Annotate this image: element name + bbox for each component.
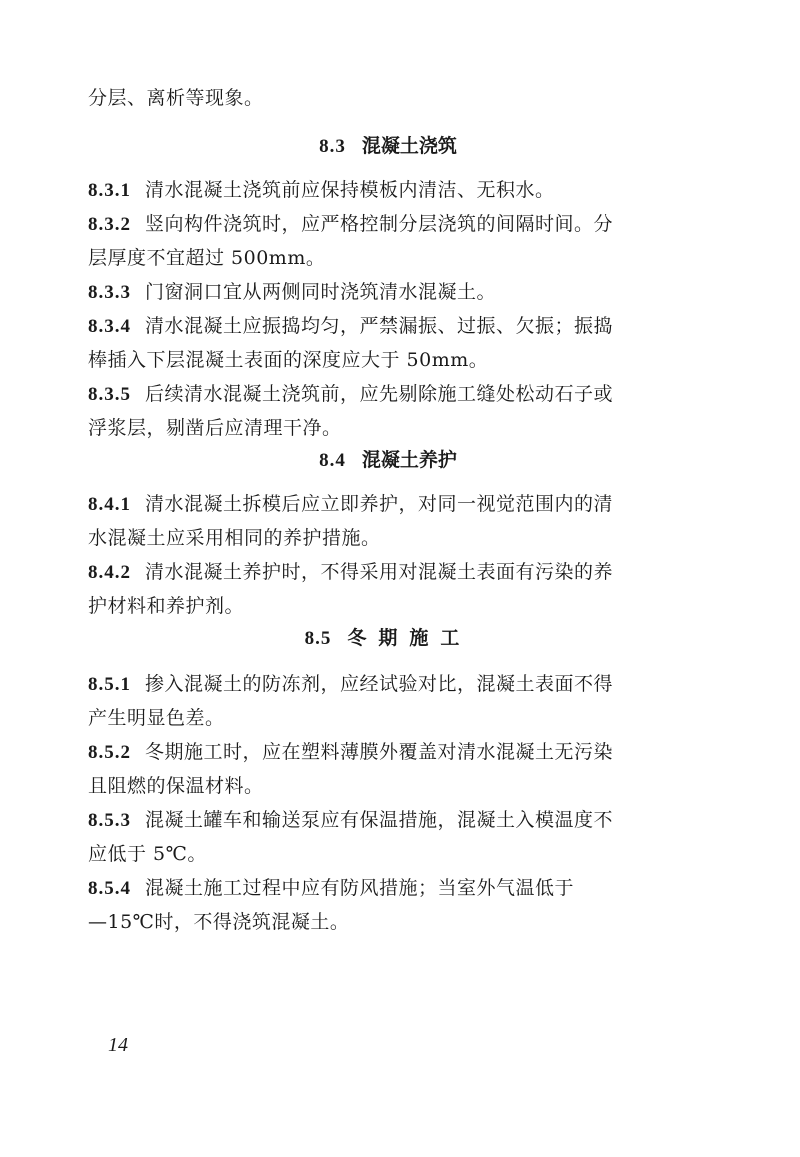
clause-8-3-5-cont: 浮浆层，剔凿后应清理干净。 bbox=[88, 416, 342, 440]
section-heading-8-4: 8.4混凝土养护 bbox=[88, 448, 688, 473]
clause-8-5-2-cont: 且阻燃的保温材料。 bbox=[88, 774, 264, 798]
continuation-text: 分层、离析等现象。 bbox=[88, 86, 264, 110]
clause-8-3-2-cont: 层厚度不宜超过 500mm。 bbox=[88, 246, 325, 270]
clause-8-3-4-cont: 棒插入下层混凝土表面的深度应大于 50mm。 bbox=[88, 348, 488, 372]
section-number: 8.5 bbox=[305, 628, 332, 649]
clause-8-3-1: 8.3.1清水混凝土浇筑前应保持模板内清洁、无积水。 bbox=[88, 178, 555, 203]
clause-8-4-2-cont: 护材料和养护剂。 bbox=[88, 594, 244, 618]
clause-8-5-4: 8.5.4混凝土施工过程中应有防风措施；当室外气温低于 bbox=[88, 876, 574, 901]
section-title: 冬期施工 bbox=[347, 627, 471, 649]
page-number: 14 bbox=[108, 1034, 128, 1057]
section-number: 8.3 bbox=[319, 136, 346, 157]
section-title: 混凝土养护 bbox=[362, 449, 457, 471]
clause-8-3-5: 8.3.5后续清水混凝土浇筑前，应先剔除施工缝处松动石子或 bbox=[88, 382, 613, 407]
section-title: 混凝土浇筑 bbox=[362, 135, 457, 157]
clause-8-4-1-cont: 水混凝土应采用相同的养护措施。 bbox=[88, 526, 381, 550]
clause-8-3-3: 8.3.3门窗洞口宜从两侧同时浇筑清水混凝土。 bbox=[88, 280, 496, 305]
clause-8-4-2: 8.4.2清水混凝土养护时，不得采用对混凝土表面有污染的养 bbox=[88, 560, 613, 585]
section-heading-8-5: 8.5冬期施工 bbox=[88, 626, 688, 651]
clause-8-5-4-cont: —15℃时，不得浇筑混凝土。 bbox=[88, 910, 349, 934]
clause-8-5-3: 8.5.3混凝土罐车和输送泵应有保温措施，混凝土入模温度不 bbox=[88, 808, 613, 833]
clause-8-5-1: 8.5.1掺入混凝土的防冻剂，应经试验对比，混凝土表面不得 bbox=[88, 672, 613, 697]
clause-8-4-1: 8.4.1清水混凝土拆模后应立即养护，对同一视觉范围内的清 bbox=[88, 492, 613, 517]
clause-8-5-3-cont: 应低于 5℃。 bbox=[88, 842, 207, 866]
clause-8-5-1-cont: 产生明显色差。 bbox=[88, 706, 225, 730]
clause-8-5-2: 8.5.2冬期施工时，应在塑料薄膜外覆盖对清水混凝土无污染 bbox=[88, 740, 613, 765]
clause-8-3-4: 8.3.4清水混凝土应振捣均匀，严禁漏振、过振、欠振；振捣 bbox=[88, 314, 613, 339]
clause-8-3-2: 8.3.2竖向构件浇筑时，应严格控制分层浇筑的间隔时间。分 bbox=[88, 212, 613, 237]
section-number: 8.4 bbox=[319, 450, 346, 471]
section-heading-8-3: 8.3混凝土浇筑 bbox=[88, 134, 688, 159]
